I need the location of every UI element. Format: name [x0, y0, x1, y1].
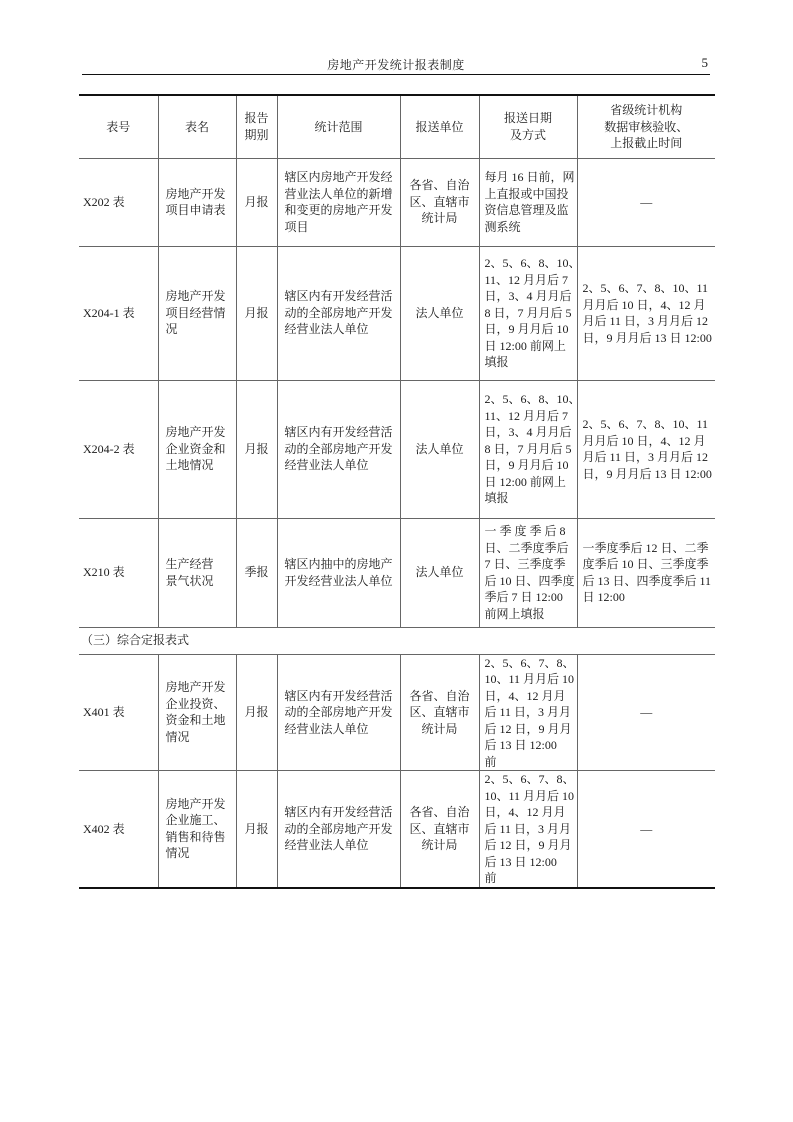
table-row: X402 表 房地产开发 企业施工、 销售和待售 情况 月报 辖区内有开发经营活…	[79, 771, 715, 888]
form-name: 房地产开发 企业施工、 销售和待售 情况	[158, 771, 236, 888]
page-header: 房地产开发统计报表制度 5	[82, 54, 710, 75]
form-id: X402 表	[79, 771, 158, 888]
report-period: 月报	[236, 158, 277, 246]
form-id: X202 表	[79, 158, 158, 246]
statistical-scope: 辖区内有开发经营活 动的全部房地产开发 经营业法人单位	[277, 380, 400, 518]
form-name: 房地产开发 项目申请表	[158, 158, 236, 246]
provincial-deadline: 2、5、6、7、8、10、11 月月后 10 日，4、12 月 月后 11 日，…	[577, 380, 715, 518]
report-period: 季报	[236, 518, 277, 627]
submission-deadline: 2、5、6、7、8、 10、11 月月后 10 日，4、12 月月 后 11 日…	[479, 654, 577, 771]
reporting-unit: 各省、自治 区、直辖市 统计局	[400, 158, 479, 246]
form-id: X401 表	[79, 654, 158, 771]
table-row: X202 表 房地产开发 项目申请表 月报 辖区内房地产开发经 营业法人单位的新…	[79, 158, 715, 246]
statistical-scope: 辖区内有开发经营活 动的全部房地产开发 经营业法人单位	[277, 654, 400, 771]
provincial-deadline: 2、5、6、7、8、10、11 月月后 10 日，4、12 月 月后 11 日，…	[577, 246, 715, 380]
submission-deadline: 2、5、6、8、10、 11、12 月月后 7 日，3、4 月月后 8 日，7 …	[479, 380, 577, 518]
section-label: （三）综合定报表式	[79, 627, 715, 654]
reporting-unit: 各省、自治 区、直辖市 统计局	[400, 654, 479, 771]
form-id: X204-2 表	[79, 380, 158, 518]
column-header-scope: 统计范围	[277, 95, 400, 158]
report-period: 月报	[236, 246, 277, 380]
statistical-scope: 辖区内房地产开发经 营业法人单位的新增 和变更的房地产开发 项目	[277, 158, 400, 246]
reporting-unit: 法人单位	[400, 246, 479, 380]
reporting-unit: 法人单位	[400, 380, 479, 518]
table-row: X204-1 表 房地产开发 项目经营情 况 月报 辖区内有开发经营活 动的全部…	[79, 246, 715, 380]
reporting-unit: 各省、自治 区、直辖市 统计局	[400, 771, 479, 888]
column-header-reporting-unit: 报送单位	[400, 95, 479, 158]
column-header-deadline: 报送日期 及方式	[479, 95, 577, 158]
provincial-deadline: —	[577, 654, 715, 771]
form-name: 房地产开发 企业投资、 资金和土地 情况	[158, 654, 236, 771]
reporting-unit: 法人单位	[400, 518, 479, 627]
submission-deadline: 2、5、6、8、10、 11、12 月月后 7 日，3、4 月月后 8 日，7 …	[479, 246, 577, 380]
provincial-deadline: 一季度季后 12 日、二季 度季后 10 日、三季度季 后 13 日、四季度季后…	[577, 518, 715, 627]
column-header-period: 报告 期别	[236, 95, 277, 158]
report-schedule-table: 表号 表名 报告 期别 统计范围 报送单位 报送日期 及方式 省级统计机构 数据…	[79, 94, 715, 889]
form-id: X210 表	[79, 518, 158, 627]
report-period: 月报	[236, 380, 277, 518]
form-name: 生产经营 景气状况	[158, 518, 236, 627]
column-header-provincial-deadline: 省级统计机构 数据审核验收、 上报截止时间	[577, 95, 715, 158]
form-name: 房地产开发 项目经营情 况	[158, 246, 236, 380]
column-header-form-name: 表名	[158, 95, 236, 158]
page-number: 5	[702, 55, 709, 71]
table-header-row: 表号 表名 报告 期别 统计范围 报送单位 报送日期 及方式 省级统计机构 数据…	[79, 95, 715, 158]
provincial-deadline: —	[577, 771, 715, 888]
page-title: 房地产开发统计报表制度	[82, 56, 710, 73]
table-row: X210 表 生产经营 景气状况 季报 辖区内抽中的房地产 开发经营业法人单位 …	[79, 518, 715, 627]
form-name: 房地产开发 企业资金和 土地情况	[158, 380, 236, 518]
provincial-deadline: —	[577, 158, 715, 246]
submission-deadline: 每月 16 日前，网 上直报或中国投 资信息管理及监 测系统	[479, 158, 577, 246]
submission-deadline: 一 季 度 季 后 8 日、二季度季后 7 日、三季度季 后 10 日、四季度 …	[479, 518, 577, 627]
report-period: 月报	[236, 771, 277, 888]
column-header-form-id: 表号	[79, 95, 158, 158]
form-id: X204-1 表	[79, 246, 158, 380]
submission-deadline: 2、5、6、7、8、 10、11 月月后 10 日，4、12 月月 后 11 日…	[479, 771, 577, 888]
statistical-scope: 辖区内抽中的房地产 开发经营业法人单位	[277, 518, 400, 627]
report-period: 月报	[236, 654, 277, 771]
table-row: X204-2 表 房地产开发 企业资金和 土地情况 月报 辖区内有开发经营活 动…	[79, 380, 715, 518]
statistical-scope: 辖区内有开发经营活 动的全部房地产开发 经营业法人单位	[277, 246, 400, 380]
statistical-scope: 辖区内有开发经营活 动的全部房地产开发 经营业法人单位	[277, 771, 400, 888]
table-row: X401 表 房地产开发 企业投资、 资金和土地 情况 月报 辖区内有开发经营活…	[79, 654, 715, 771]
section-header-row: （三）综合定报表式	[79, 627, 715, 654]
